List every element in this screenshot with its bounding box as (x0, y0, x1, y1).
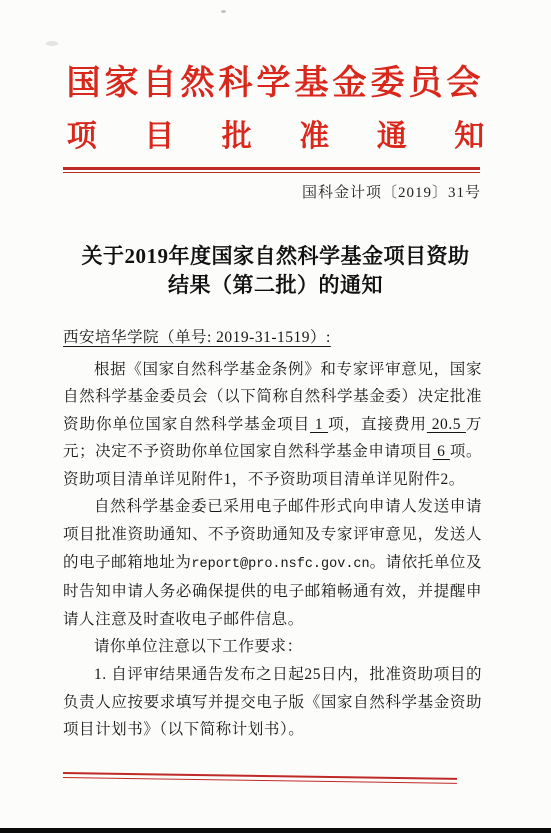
document-page: 国家自然科学基金委员会 项 目 批 准 通 知 国科金计项〔2019〕31号 关… (0, 0, 551, 833)
sender-email-address: report@pro.nsfc.gov.cn (191, 557, 369, 572)
paragraph-work-requirements-intro: 请你单位注意以下工作要求： (63, 633, 482, 661)
org-name: 国家自然科学基金委员会 (0, 0, 551, 106)
notice-title-line2: 结果（第二批）的通知 (168, 273, 383, 297)
notice-title: 关于2019年度国家自然科学基金项目资助 结果（第二批）的通知 (0, 242, 551, 300)
p1-seg2: 项，直接费用 (328, 416, 427, 433)
scan-edge (0, 828, 551, 833)
paragraph-email-notice: 自然科学基金委已采用电子邮件形式向申请人发送申请项目批准资助通知、不予资助通知及… (63, 493, 482, 633)
funding-amount-blank: 20.5 (427, 416, 466, 433)
paragraph-requirement-1: 1. 自评审结果通告发布之日起25日内，批准资助项目的负责人应按要求填写并提交电… (63, 661, 482, 744)
addressee-line: 西安培华学院（单号: 2019-31-1519）: (63, 325, 551, 347)
doc-type-title: 项 目 批 准 通 知 (0, 111, 551, 155)
notice-body: 根据《国家自然科学基金条例》和专家评审意见，国家自然科学基金委员会（以下简称自然… (63, 356, 482, 744)
notice-title-line1: 关于2019年度国家自然科学基金项目资助 (82, 244, 470, 268)
doc-number: 国科金计项〔2019〕31号 (63, 181, 481, 202)
scan-smudge (46, 41, 58, 46)
paragraph-funding-result: 根据《国家自然科学基金条例》和专家评审意见，国家自然科学基金委员会（以下简称自然… (63, 356, 482, 494)
scan-speck (221, 10, 226, 13)
footer-divider (63, 772, 457, 784)
approved-count-blank: 1 (310, 416, 328, 433)
rejected-count-blank: 6 (433, 443, 450, 460)
letterhead-divider (63, 167, 480, 173)
